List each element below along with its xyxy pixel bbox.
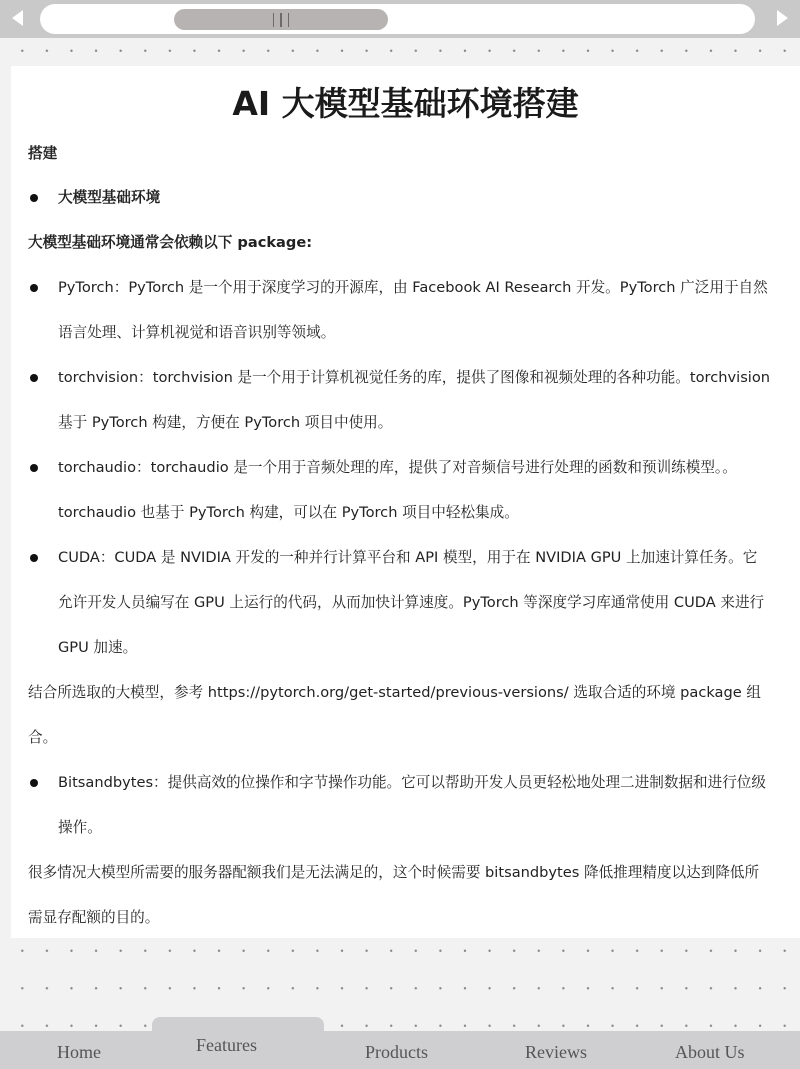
package-cuda-line3: GPU 加速。 bbox=[58, 638, 137, 658]
nav-item-features[interactable]: Features bbox=[196, 1035, 257, 1056]
scrollbar-thumb[interactable] bbox=[174, 9, 388, 30]
package-pytorch-line2: 语言处理、计算机视觉和语音识别等领域。 bbox=[58, 323, 335, 343]
nav-item-about-us[interactable]: About Us bbox=[675, 1042, 745, 1063]
page: AI 大模型基础环境搭建 搭建 大模型基础环境 大模型基础环境通常会依赖以下 p… bbox=[0, 0, 800, 1069]
bullet-icon bbox=[30, 374, 38, 382]
package-torchaudio-line1: torchaudio：torchaudio 是一个用于音频处理的库，提供了对音频… bbox=[58, 458, 737, 478]
bullet-icon bbox=[30, 464, 38, 472]
package-torchvision-line1: torchvision：torchvision 是一个用于计算机视觉任务的库，提… bbox=[58, 368, 770, 388]
grip-line-icon bbox=[288, 13, 290, 27]
scrollbar-track[interactable] bbox=[40, 4, 755, 34]
package-cuda-line2: 允许开发人员编写在 GPU 上运行的代码，从而加快计算速度。PyTorch 等深… bbox=[58, 593, 764, 613]
grip-line-icon bbox=[280, 13, 282, 27]
bullet-icon bbox=[30, 554, 38, 562]
nav-item-products[interactable]: Products bbox=[365, 1042, 428, 1063]
package-cuda-line1: CUDA：CUDA 是 NVIDIA 开发的一种并行计算平台和 API 模型，用… bbox=[58, 548, 757, 568]
bullet-icon bbox=[30, 284, 38, 292]
scroll-right-icon[interactable] bbox=[777, 10, 788, 26]
bullet-icon bbox=[30, 194, 38, 202]
nav-item-home[interactable]: Home bbox=[57, 1042, 101, 1063]
nav-item-reviews[interactable]: Reviews bbox=[525, 1042, 587, 1063]
reference-line2: 合。 bbox=[28, 728, 57, 748]
intro-text: 大模型基础环境通常会依赖以下 package: bbox=[28, 233, 312, 253]
subheading-bullet: 大模型基础环境 bbox=[58, 188, 160, 208]
scroll-left-icon[interactable] bbox=[12, 10, 23, 26]
document-page: AI 大模型基础环境搭建 搭建 大模型基础环境 大模型基础环境通常会依赖以下 p… bbox=[11, 66, 800, 938]
closing-line1: 很多情况大模型所需要的服务器配额我们是无法满足的，这个时候需要 bitsandb… bbox=[28, 863, 759, 883]
package-bitsandbytes-line1: Bitsandbytes：提供高效的位操作和字节操作功能。它可以帮助开发人员更轻… bbox=[58, 773, 766, 793]
horizontal-scrollbar[interactable] bbox=[0, 0, 800, 38]
bullet-icon bbox=[30, 779, 38, 787]
document-title: AI 大模型基础环境搭建 bbox=[11, 78, 800, 125]
package-torchaudio-line2: torchaudio 也基于 PyTorch 构建，可以在 PyTorch 项目… bbox=[58, 503, 519, 523]
package-pytorch-line1: PyTorch：PyTorch 是一个用于深度学习的开源库，由 Facebook… bbox=[58, 278, 768, 298]
package-torchvision-line2: 基于 PyTorch 构建，方便在 PyTorch 项目中使用。 bbox=[58, 413, 392, 433]
closing-line2: 需显存配额的目的。 bbox=[28, 908, 159, 928]
reference-line1: 结合所选取的大模型，参考 https://pytorch.org/get-sta… bbox=[28, 683, 761, 703]
section-heading: 搭建 bbox=[28, 144, 57, 164]
grip-line-icon bbox=[273, 13, 275, 27]
package-bitsandbytes-line2: 操作。 bbox=[58, 818, 102, 838]
